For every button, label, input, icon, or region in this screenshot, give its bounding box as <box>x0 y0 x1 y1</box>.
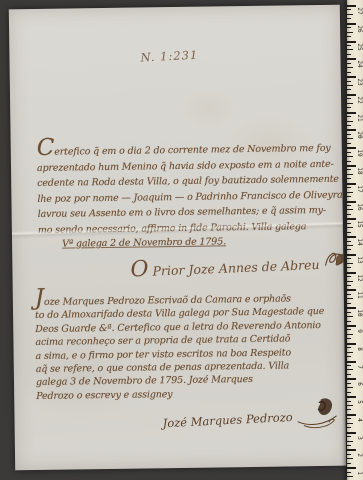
ruler-number: 7 <box>356 363 362 371</box>
ruler-tick <box>347 338 351 339</box>
ruler-tick <box>347 187 351 188</box>
manuscript-page: N. 1:231 Certefico q̃ em o dia 2 do corr… <box>9 5 346 471</box>
ruler-number: 8 <box>356 345 362 353</box>
ruler-tick <box>347 147 356 149</box>
manuscript-photo: N. 1:231 Certefico q̃ em o dia 2 do corr… <box>0 0 363 480</box>
ruler-number: 27 <box>356 7 362 15</box>
ruler-tick <box>347 209 353 210</box>
ruler-tick <box>347 272 356 274</box>
ruler-tick <box>347 236 356 238</box>
ruler-tick <box>347 254 356 256</box>
ruler-tick <box>347 445 351 446</box>
ruler-tick <box>347 45 351 46</box>
ruler-tick <box>347 423 353 424</box>
ruler-tick <box>347 218 356 220</box>
ruler-tick <box>347 58 356 60</box>
ruler-tick <box>347 165 356 167</box>
ruler-tick <box>347 476 353 477</box>
ruler-tick <box>347 94 356 96</box>
ruler-number: 17 <box>356 185 362 193</box>
ruler-tick <box>347 27 351 28</box>
ruler-tick <box>347 41 356 43</box>
ruler-tick <box>347 365 351 366</box>
ruler-tick <box>347 276 351 277</box>
ruler-tick <box>347 289 356 291</box>
ruler-tick <box>347 325 356 327</box>
ruler-tick <box>347 467 356 469</box>
dateline-text: Vª galega 2 de Novembro de 1795. <box>50 236 226 249</box>
ruler-number: 15 <box>356 220 362 228</box>
notary-certificate-text: Joze Marques Pedrozo Escrivaõ da Camara … <box>35 289 337 403</box>
ruler-tick <box>347 85 353 86</box>
ruler-number: 3 <box>356 434 362 442</box>
ruler-tick <box>347 441 353 442</box>
ruler-tick <box>347 178 351 179</box>
ruler-number: 22 <box>356 96 362 104</box>
ruler-tick <box>347 5 356 7</box>
ruler-tick <box>347 227 353 228</box>
ruler-tick <box>347 89 351 90</box>
ruler-tick <box>347 449 356 451</box>
ruler-tick <box>347 36 351 37</box>
reference-number: N. 1:231 <box>140 48 198 65</box>
ruler-tick <box>347 329 351 330</box>
ruler-tick <box>347 214 351 215</box>
ruler-tick <box>347 303 351 304</box>
ruler-tick <box>347 23 356 25</box>
ruler-tick <box>347 285 351 286</box>
ruler-tick <box>347 463 351 464</box>
ruler-tick <box>347 414 356 416</box>
priest-signature-text: O Prior Joze Annes de Abreu <box>130 250 320 283</box>
ruler-tick <box>347 472 351 473</box>
ruler-tick <box>347 205 351 206</box>
ruler-tick <box>347 436 351 437</box>
ruler-tick <box>347 183 356 185</box>
ruler-tick <box>347 196 351 197</box>
ruler-tick <box>347 116 351 117</box>
ruler-number: 11 <box>356 291 362 299</box>
ruler-tick <box>347 245 353 246</box>
ruler-tick <box>347 138 353 139</box>
notary-signature-text: Jozé Marques Pedrozo <box>162 409 293 429</box>
ruler-number: 21 <box>356 114 362 122</box>
ruler-tick <box>347 316 353 317</box>
ruler-number: 25 <box>356 43 362 51</box>
ruler-tick <box>347 32 353 33</box>
ruler-tick <box>347 241 351 242</box>
ruler-tick <box>347 392 351 393</box>
ruler-number: 13 <box>356 256 362 264</box>
ruler-scale: 2726252423222120191817161514131211109876… <box>347 0 363 480</box>
ruler-tick <box>347 232 351 233</box>
ruler-number: 23 <box>356 78 362 86</box>
ruler-tick <box>347 281 353 282</box>
ruler-tick <box>347 54 351 55</box>
ruler-tick <box>347 107 351 108</box>
ruler-tick <box>347 405 353 406</box>
ruler-tick <box>347 169 351 170</box>
ruler-tick <box>347 409 351 410</box>
ruler-tick <box>347 174 353 175</box>
ruler-tick <box>347 121 353 122</box>
ruler-tick <box>347 378 356 380</box>
ruler-tick <box>347 267 351 268</box>
ruler-tick <box>347 156 353 157</box>
ruler-number: 20 <box>356 131 362 139</box>
ruler-tick <box>347 103 353 104</box>
ruler-tick <box>347 387 353 388</box>
ruler-tick <box>347 152 351 153</box>
ruler-number: 12 <box>356 274 362 282</box>
ruler-tick <box>347 352 353 353</box>
ruler-number: 9 <box>356 327 362 335</box>
ruler-number: 14 <box>356 238 362 246</box>
ruler-tick <box>347 98 351 99</box>
ruler-tick <box>347 321 351 322</box>
dateline-1: Vª galega 2 de Novembro de 1795. <box>50 234 226 252</box>
ruler-tick <box>347 294 351 295</box>
ruler-number: 26 <box>356 25 362 33</box>
ruler-tick <box>347 334 353 335</box>
certificate-text-1: Certefico q̃ em o dia 2 do corrente mez … <box>37 139 334 238</box>
ruler-tick <box>347 347 351 348</box>
ruler-tick <box>347 298 353 299</box>
ruler-tick <box>347 258 351 259</box>
priest-signature: O Prior Joze Annes de Abreu <box>130 248 346 284</box>
ruler-tick <box>347 458 353 459</box>
ruler-tick <box>347 307 356 309</box>
ruler-number: 6 <box>356 380 362 388</box>
ruler-number: 5 <box>356 398 362 406</box>
ruler-tick <box>347 14 353 15</box>
ruler-tick <box>347 18 351 19</box>
ruler-tick <box>347 9 351 10</box>
ruler-number: 10 <box>356 309 362 317</box>
ruler-tick <box>347 129 356 131</box>
ruler-tick <box>347 72 351 73</box>
ruler-tick <box>347 418 351 419</box>
ruler-tick <box>347 454 351 455</box>
ruler-tick <box>347 63 351 64</box>
ruler-tick <box>347 312 351 313</box>
ruler-tick <box>347 81 351 82</box>
ruler-tick <box>347 143 351 144</box>
ruler-number: 16 <box>356 203 362 211</box>
ruler-tick <box>347 432 356 434</box>
ruler-tick <box>347 49 353 50</box>
ruler-number: 2 <box>356 451 362 459</box>
ruler-tick <box>347 112 356 114</box>
ruler-tick <box>347 263 353 264</box>
ruler-tick <box>347 161 351 162</box>
ruler-tick <box>347 343 356 345</box>
ruler-tick <box>347 192 353 193</box>
ruler-number: 4 <box>356 416 362 424</box>
ruler-tick <box>347 67 353 68</box>
ruler-tick <box>347 374 351 375</box>
ruler-tick <box>347 396 356 398</box>
ruler-tick <box>347 383 351 384</box>
ruler-number: 18 <box>356 167 362 175</box>
signature-rubric-icon <box>322 248 346 276</box>
ruler-tick <box>347 356 351 357</box>
ruler-tick <box>347 223 351 224</box>
ruler-tick <box>347 76 356 78</box>
notary-signature: Jozé Marques Pedrozo <box>162 396 341 442</box>
ruler-tick <box>347 369 353 370</box>
ruler-tick <box>347 249 351 250</box>
measurement-ruler: 2726252423222120191817161514131211109876… <box>347 0 363 480</box>
ruler-number: 1 <box>356 469 362 477</box>
ruler-number: 19 <box>356 149 362 157</box>
ruler-tick <box>347 401 351 402</box>
ruler-tick <box>347 427 351 428</box>
ruler-tick <box>347 201 356 203</box>
ruler-tick <box>347 134 351 135</box>
ruler-number: 24 <box>356 60 362 68</box>
ruler-tick <box>347 125 351 126</box>
notary-rubric-icon <box>295 396 341 435</box>
ruler-tick <box>347 361 356 363</box>
